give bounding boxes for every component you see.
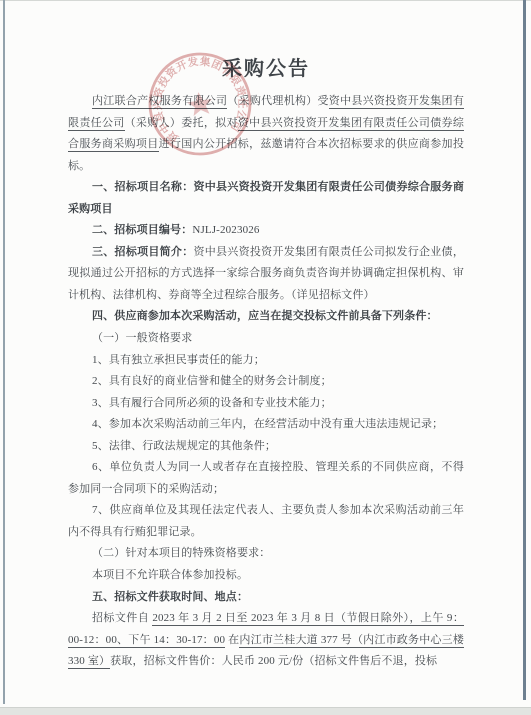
text-run: 本项目不允许联合体参加投标。 xyxy=(92,569,248,581)
text-run: （采购人）委托，拟对 xyxy=(125,117,238,129)
paragraph: 6、单位负责人为同一人或者存在直接控股、管理关系的不同供应商，不得参加同一合同项… xyxy=(68,457,464,500)
page-edge-left xyxy=(3,0,5,704)
paragraph: 招标文件自 2023 年 3 月 2 日至 2023 年 3 月 8 日（节假日… xyxy=(68,608,464,673)
paragraph: 四、供应商参加本次采购活动，应当在提交投标文件前具备下列条件： xyxy=(68,306,464,328)
scanned-document-page: 采购公告 内江联合产权服务有限公司（采购代理机构）受资中县兴资投资开发集团有限责… xyxy=(0,0,531,715)
text-run: 4、参加本次采购活动前三年内，在经营活动中没有重大违法违规记录； xyxy=(92,418,443,430)
paragraph: 1、具有独立承担民事责任的能力； xyxy=(68,350,464,372)
paragraph: 二、招标项目编号：NJLJ-2023026 xyxy=(68,220,464,242)
text-run: 1、具有独立承担民事责任的能力； xyxy=(92,354,265,366)
paragraph: 内江联合产权服务有限公司（采购代理机构）受资中县兴资投资开发集团有限责任公司（采… xyxy=(68,91,464,177)
text-run: 6、单位负责人为同一人或者存在直接控股、管理关系的不同供应商，不得参加同一合同项… xyxy=(68,461,464,495)
text-run: （二）针对本项目的特殊资格要求： xyxy=(92,547,270,559)
document-content: 采购公告 内江联合产权服务有限公司（采购代理机构）受资中县兴资投资开发集团有限责… xyxy=(68,0,464,673)
text-run: （采购代理机构）受 xyxy=(227,95,328,107)
text-run: 一、招标项目名称：资中县兴资投资开发集团有限责任公司债券综合服务商采购项目 xyxy=(68,181,464,215)
paragraph: 本项目不允许联合体参加投标。 xyxy=(68,565,464,587)
paragraph: 三、招标项目简介：资中县兴资投资开发集团有限责任公司拟发行企业债，现拟通过公开招… xyxy=(68,242,464,307)
paragraph: 一、招标项目名称：资中县兴资投资开发集团有限责任公司债券综合服务商采购项目 xyxy=(68,177,464,220)
text-run: 四、供应商参加本次采购活动，应当在提交投标文件前具备下列条件： xyxy=(92,310,438,322)
text-run: （一）一般资格要求 xyxy=(92,332,192,344)
text-run: NJLJ-2023026 xyxy=(192,224,259,236)
paragraph: 五、招标文件获取时间、地点： xyxy=(68,587,464,609)
underlined-text: 内江联合产权服务有限公司 xyxy=(92,95,227,109)
page-title: 采购公告 xyxy=(68,57,464,82)
paragraph: 2、具有良好的商业信誉和健全的财务会计制度； xyxy=(68,371,464,393)
text-run: 三、招标项目简介： xyxy=(92,246,193,258)
text-run: 二、招标项目编号： xyxy=(92,224,192,236)
paragraph: （一）一般资格要求 xyxy=(68,328,464,350)
paragraph: （二）针对本项目的特殊资格要求： xyxy=(68,543,464,565)
document-body: 内江联合产权服务有限公司（采购代理机构）受资中县兴资投资开发集团有限责任公司（采… xyxy=(68,91,464,673)
text-run: 招标文件自 xyxy=(92,612,152,624)
text-run: 2、具有良好的商业信誉和健全的财务会计制度； xyxy=(92,375,332,387)
paragraph: 3、具有履行合同所必须的设备和专业技术能力； xyxy=(68,393,464,415)
text-run: 3、具有履行合同所必须的设备和专业技术能力； xyxy=(92,397,332,409)
text-run: 五、招标文件获取时间、地点： xyxy=(92,591,248,603)
paragraph: 7、供应商单位及其现任法定代表人、主要负责人参加本次采购活动前三年内不得具有行贿… xyxy=(68,500,464,543)
page-edge-bottom xyxy=(0,707,531,715)
page-edge-right xyxy=(523,0,526,700)
paragraph: 5、法律、行政法规规定的其他条件； xyxy=(68,436,464,458)
text-run: 7、供应商单位及其现任法定代表人、主要负责人参加本次采购活动前三年内不得具有行贿… xyxy=(68,504,464,538)
text-run: 5、法律、行政法规规定的其他条件； xyxy=(92,440,276,452)
paragraph: 4、参加本次采购活动前三年内，在经营活动中没有重大违法违规记录； xyxy=(68,414,464,436)
page-edge-top xyxy=(0,0,531,1)
text-run: 获取，招标文件售价：人民币 200 元/份（招标文件售后不退，投标 xyxy=(110,655,437,667)
text-run: 在 xyxy=(225,634,239,646)
